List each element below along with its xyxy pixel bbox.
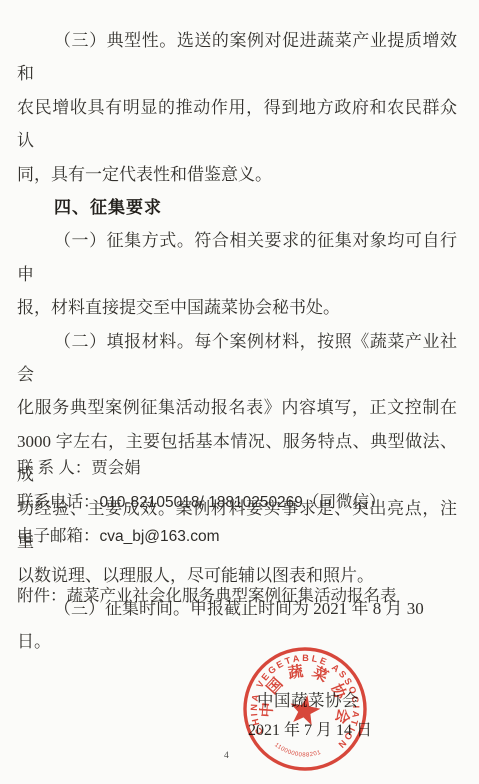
paragraph-typicality-line: 农民增收具有明显的推动作用，得到地方政府和农民群众认 [17,91,457,158]
contact-person-value: 贾会娟 [91,458,141,477]
paragraph-method-line: （一）征集方式。符合相关要求的征集对象均可自行申 [17,224,457,291]
contact-phone-note: （同微信） [303,492,386,511]
official-seal: CHINA VEGETABLE ASSOCIATION 中国蔬菜协会 11000… [226,630,384,784]
paragraph-typicality-line: （三）典型性。选送的案例对促进蔬菜产业提质增效和 [17,24,457,91]
contact-phone-value: 010-82105018/ 18810250269 [100,494,303,511]
contact-person-label: 联 系 人： [17,458,91,477]
star-icon [287,693,322,727]
contact-email-value: cva_bj@163.com [100,528,220,545]
contact-info: 联 系 人：贾会娟 联系电话：010-82105018/ 18810250269… [17,451,462,554]
attachment-row: 附件：蔬菜产业社会化服务典型案例征集活动报名表 [17,582,462,606]
contact-email-label: 电子邮箱： [17,526,100,545]
contact-phone-label: 联系电话： [17,492,100,511]
contact-email-row: 电子邮箱：cva_bj@163.com [17,519,462,554]
contact-phone-row: 联系电话：010-82105018/ 18810250269（同微信） [17,485,462,520]
seal-serial-number: 1100000088201 [272,742,323,762]
document-page: （三）典型性。选送的案例对促进蔬菜产业提质增效和 农民增收具有明显的推动作用，得… [0,0,479,784]
attachment-title: 蔬菜产业社会化服务典型案例征集活动报名表 [67,586,397,605]
attachment-label: 附件： [17,586,67,605]
body-text: （三）典型性。选送的案例对促进蔬菜产业提质增效和 农民增收具有明显的推动作用，得… [17,24,457,659]
paragraph-materials-line: 化服务典型案例征集活动报名表》内容填写，正文控制在 [17,391,457,424]
section-heading: 四、征集要求 [17,191,457,224]
paragraph-materials-line: （二）填报材料。每个案例材料，按照《蔬菜产业社会 [17,325,457,392]
paragraph-method-line: 报，材料直接提交至中国蔬菜协会秘书处。 [17,291,457,324]
contact-person-row: 联 系 人：贾会娟 [17,451,462,485]
paragraph-typicality-line: 同，具有一定代表性和借鉴意义。 [17,158,457,191]
